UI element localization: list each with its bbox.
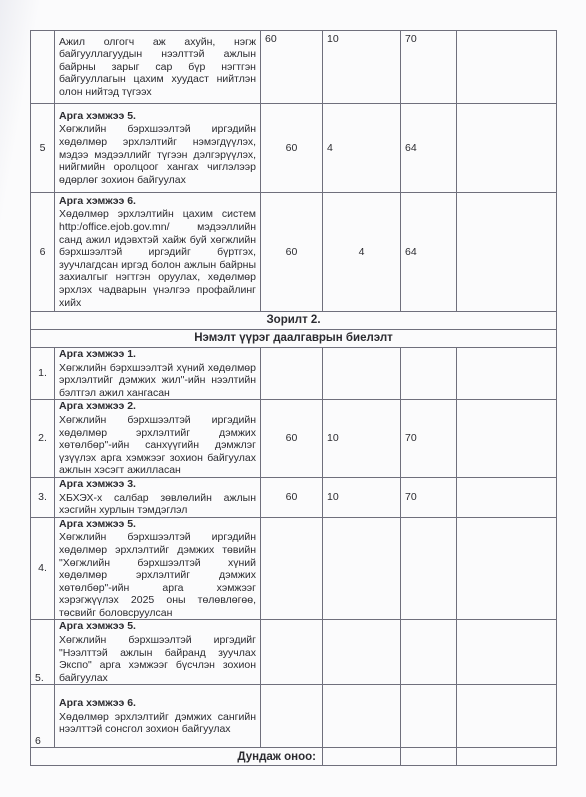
score-planned: 60 bbox=[261, 31, 323, 104]
score-additional: 10 bbox=[323, 477, 401, 517]
activity-heading: Арга хэмжээ 5. bbox=[59, 110, 256, 123]
activity-text: Хөгжлийн бэрхшээлтэй хүний хөдөлмөр эрхл… bbox=[59, 362, 256, 400]
score-additional: 10 bbox=[323, 31, 401, 104]
score-note bbox=[457, 31, 557, 104]
row-number: 5. bbox=[31, 620, 55, 685]
activity-text: Хөдөлмөр эрхлэлтийг дэмжих сангийн нээлт… bbox=[59, 711, 256, 736]
activity-description: Арга хэмжээ 3. ХБХЭХ-х салбар зөвлөлийн … bbox=[55, 477, 261, 517]
score-note bbox=[457, 477, 557, 517]
row-number: 1. bbox=[31, 348, 55, 400]
score-note bbox=[457, 517, 557, 620]
score-planned: 60 bbox=[261, 193, 323, 312]
score-total bbox=[401, 620, 457, 685]
activity-heading: Арга хэмжээ 1. bbox=[59, 348, 256, 361]
table-row: 1. Арга хэмжээ 1. Хөгжлийн бэрхшээлтэй х… bbox=[31, 348, 557, 400]
activity-text: Ажил олгогч аж ахуйн, нэгж байгууллагууд… bbox=[59, 36, 256, 99]
score-planned bbox=[261, 620, 323, 685]
activity-description: Арга хэмжээ 5. Хөгжлийн бэрхшээлтэй иргэ… bbox=[55, 620, 261, 685]
table-row: 6 Арга хэмжээ 6. Хөдөлмөр эрхлэлтийг дэм… bbox=[31, 685, 557, 748]
score-additional bbox=[323, 348, 401, 400]
table-row: 4. Арга хэмжээ 5. Хөгжлийн бэрхшээлтэй и… bbox=[31, 517, 557, 620]
activity-text: ХБХЭХ-х салбар зөвлөлийн ажлын хэсгийн х… bbox=[59, 492, 256, 517]
score-note bbox=[457, 193, 557, 312]
activity-heading: Арга хэмжээ 6. bbox=[59, 195, 256, 208]
average-score-label: Дундаж оноо: bbox=[31, 748, 323, 766]
score-total bbox=[401, 348, 457, 400]
row-number: 2. bbox=[31, 400, 55, 478]
score-note bbox=[457, 104, 557, 193]
score-additional: 10 bbox=[323, 400, 401, 478]
table-row: 5 Арга хэмжээ 5. Хөгжлийн бэрхшээлтэй ир… bbox=[31, 104, 557, 193]
score-total: 64 bbox=[401, 104, 457, 193]
table-row: 5. Арга хэмжээ 5. Хөгжлийн бэрхшээлтэй и… bbox=[31, 620, 557, 685]
activity-description: Арга хэмжээ 5. Хөгжлийн бэрхшээлтэй иргэ… bbox=[55, 517, 261, 620]
footer-row: Дундаж оноо: bbox=[31, 748, 557, 766]
activity-text: Хөгжлийн бэрхшээлтэй иргэдийн хөдөлмөр э… bbox=[59, 531, 256, 619]
score-planned: 60 bbox=[261, 104, 323, 193]
section-extra-heading: Нэмэлт үүрэг даалгаврын биелэлт bbox=[31, 330, 557, 348]
average-score-note bbox=[457, 748, 557, 766]
score-additional bbox=[323, 685, 401, 748]
activity-description: Ажил олгогч аж ахуйн, нэгж байгууллагууд… bbox=[55, 31, 261, 104]
activity-heading: Арга хэмжээ 5. bbox=[59, 518, 256, 531]
table-row: 2. Арга хэмжээ 2. Хөгжлийн бэрхшээлтэй и… bbox=[31, 400, 557, 478]
row-number: 3. bbox=[31, 477, 55, 517]
score-note bbox=[457, 348, 557, 400]
activity-text: Хөгжлийн бэрхшээлтэй иргэдийн хөдөлмөр э… bbox=[59, 414, 256, 477]
activity-heading: Арга хэмжээ 5. bbox=[59, 620, 256, 633]
score-additional bbox=[323, 620, 401, 685]
section-goal-heading: Зорилт 2. bbox=[31, 312, 557, 330]
table-row: Ажил олгогч аж ахуйн, нэгж байгууллагууд… bbox=[31, 31, 557, 104]
row-number: 5 bbox=[31, 104, 55, 193]
activity-text: Хөдөлмөр эрхлэлтийн цахим систем http:/o… bbox=[59, 208, 256, 309]
score-planned bbox=[261, 348, 323, 400]
activity-description: Арга хэмжээ 6. Хөдөлмөр эрхлэлтийг дэмжи… bbox=[55, 685, 261, 748]
score-additional bbox=[323, 517, 401, 620]
row-number bbox=[31, 31, 55, 104]
score-note bbox=[457, 685, 557, 748]
activity-description: Арга хэмжээ 2. Хөгжлийн бэрхшээлтэй иргэ… bbox=[55, 400, 261, 478]
score-total bbox=[401, 517, 457, 620]
score-total: 70 bbox=[401, 477, 457, 517]
section-row: Нэмэлт үүрэг даалгаврын биелэлт bbox=[31, 330, 557, 348]
average-score-total bbox=[401, 748, 457, 766]
score-planned: 60 bbox=[261, 400, 323, 478]
activity-description: Арга хэмжээ 5. Хөгжлийн бэрхшээлтэй иргэ… bbox=[55, 104, 261, 193]
score-note bbox=[457, 620, 557, 685]
score-total bbox=[401, 685, 457, 748]
score-total: 70 bbox=[401, 400, 457, 478]
activity-heading: Арга хэмжээ 6. bbox=[59, 697, 256, 710]
activity-description: Арга хэмжээ 1. Хөгжлийн бэрхшээлтэй хүни… bbox=[55, 348, 261, 400]
score-note bbox=[457, 400, 557, 478]
score-planned: 60 bbox=[261, 477, 323, 517]
table-row: 3. Арга хэмжээ 3. ХБХЭХ-х салбар зөвлөли… bbox=[31, 477, 557, 517]
section-row: Зорилт 2. bbox=[31, 312, 557, 330]
score-total: 70 bbox=[401, 31, 457, 104]
activity-text: Хөгжлийн бэрхшээлтэй иргэдийг "Нээлттэй … bbox=[59, 634, 256, 684]
row-number: 4. bbox=[31, 517, 55, 620]
activity-heading: Арга хэмжээ 2. bbox=[59, 400, 256, 413]
score-additional: 4 bbox=[323, 104, 401, 193]
score-planned bbox=[261, 685, 323, 748]
average-score-additional bbox=[323, 748, 401, 766]
evaluation-table: Ажил олгогч аж ахуйн, нэгж байгууллагууд… bbox=[30, 30, 557, 766]
activity-heading: Арга хэмжээ 3. bbox=[59, 478, 256, 491]
table-row: 6 Арга хэмжээ 6. Хөдөлмөр эрхлэлтийн цах… bbox=[31, 193, 557, 312]
score-additional: 4 bbox=[323, 193, 401, 312]
activity-description: Арга хэмжээ 6. Хөдөлмөр эрхлэлтийн цахим… bbox=[55, 193, 261, 312]
score-total: 64 bbox=[401, 193, 457, 312]
activity-text: Хөгжлийн бэрхшээлтэй иргэдийн хөдөлмөр э… bbox=[59, 123, 256, 186]
row-number: 6 bbox=[31, 193, 55, 312]
score-planned bbox=[261, 517, 323, 620]
row-number: 6 bbox=[31, 685, 55, 748]
